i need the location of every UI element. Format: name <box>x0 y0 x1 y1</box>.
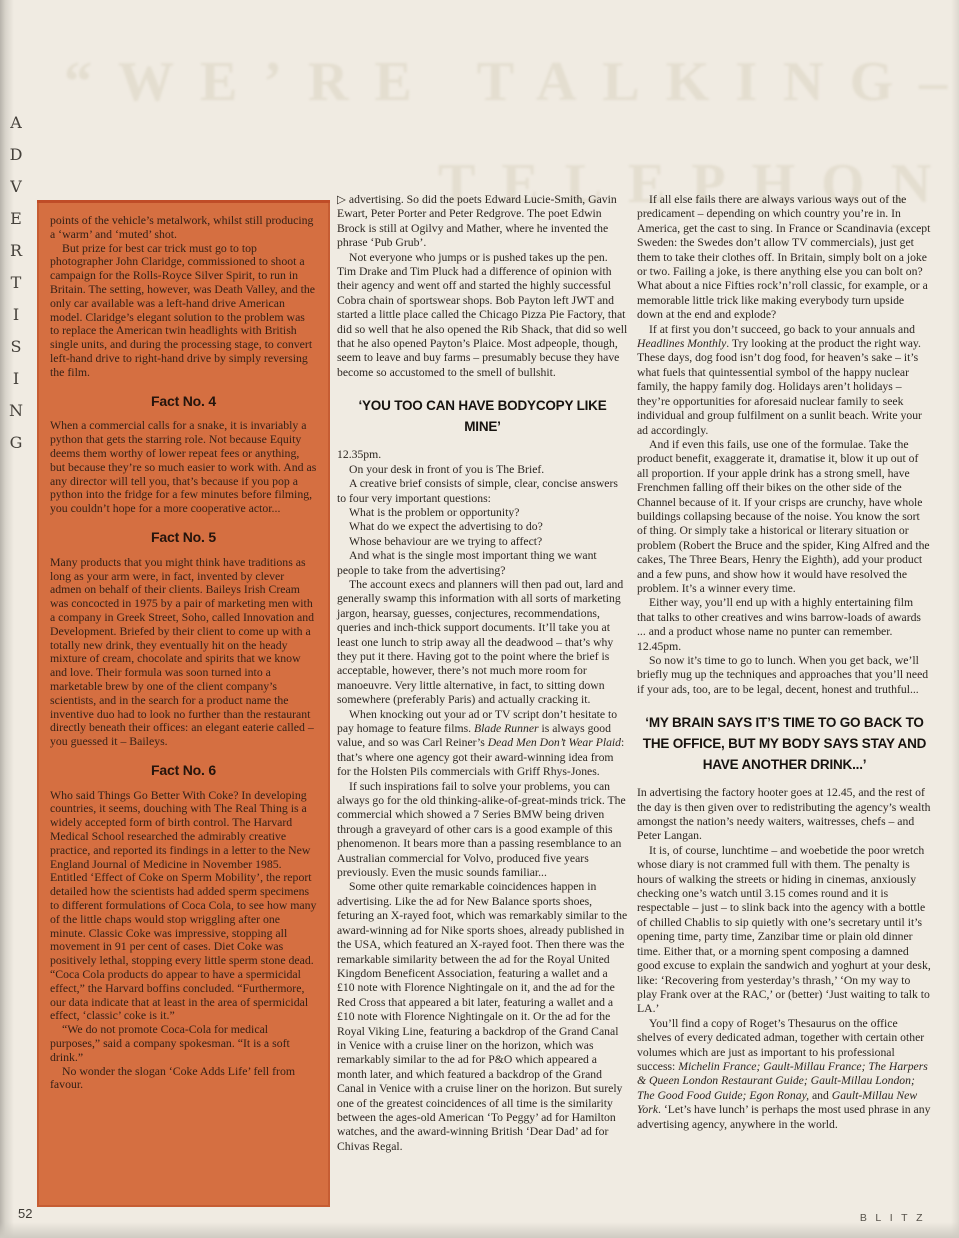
vertical-letter: N <box>9 403 23 419</box>
vertical-letter: D <box>9 147 23 163</box>
paragraph: No wonder the slogan ‘Coke Adds Life’ fe… <box>50 1065 317 1093</box>
paragraph: If at first you don’t succeed, go back t… <box>637 323 932 438</box>
vertical-letter: S <box>9 339 23 355</box>
vertical-letter: V <box>9 179 23 195</box>
paragraph: 12.35pm. <box>337 448 628 462</box>
vertical-letter: A <box>9 115 23 131</box>
vertical-letter: I <box>9 307 23 323</box>
article-column-middle: ▷ advertising. So did the poets Edward L… <box>337 193 628 1154</box>
showthrough-headline-line1: “WE’RE TALKING– <box>64 50 959 114</box>
fact-heading: Fact No. 6 <box>50 764 317 778</box>
paragraph: Not everyone who jumps or is pushed take… <box>337 251 628 381</box>
paragraph: On your desk in front of you is The Brie… <box>337 463 628 477</box>
paragraph: points of the vehicle’s metalwork, whils… <box>50 214 317 242</box>
paragraph: Either way, you’ll end up with a highly … <box>637 596 932 639</box>
paragraph: 12.45pm. <box>637 640 932 654</box>
paragraph: And what is the single most important th… <box>337 549 628 578</box>
fact-heading: Fact No. 4 <box>50 395 317 409</box>
article-column-right: If all else fails there are always vario… <box>637 193 932 1132</box>
paragraph: If all else fails there are always vario… <box>637 193 932 323</box>
paragraph: If such inspirations fail to solve your … <box>337 780 628 881</box>
paragraph: Whose behaviour are we trying to affect? <box>337 535 628 549</box>
paragraph: What is the problem or opportunity? <box>337 506 628 520</box>
magazine-page: “WE’RE TALKING– TELEPHONE ADVERTISING po… <box>0 0 959 1238</box>
vertical-letter: E <box>9 211 23 227</box>
paragraph: You’ll find a copy of Roget’s Thesaurus … <box>637 1017 932 1132</box>
crosshead: ‘MY BRAIN SAYS IT’S TIME TO GO BACK TO T… <box>641 712 928 775</box>
fact-heading: Fact No. 5 <box>50 531 317 545</box>
paragraph: Many products that you might think have … <box>50 556 317 749</box>
paragraph: A creative brief consists of simple, cle… <box>337 477 628 506</box>
paragraph: But prize for best car trick must go to … <box>50 242 317 380</box>
paragraph: It is, of course, lunchtime – and woebet… <box>637 844 932 1017</box>
paragraph: And if even this fails, use one of the f… <box>637 438 932 596</box>
paragraph: ▷ advertising. So did the poets Edward L… <box>337 193 628 251</box>
paragraph: So now it’s time to go to lunch. When yo… <box>637 654 932 697</box>
facts-panel: points of the vehicle’s metalwork, whils… <box>37 200 330 1207</box>
paragraph: When knocking out your ad or TV script d… <box>337 708 628 780</box>
paragraph: “We do not promote Coca-Cola for medical… <box>50 1023 317 1064</box>
paragraph: In advertising the factory hooter goes a… <box>637 786 932 844</box>
magazine-brand-footer: BLITZ <box>860 1212 931 1224</box>
paragraph: Who said Things Go Better With Coke? In … <box>50 789 317 1024</box>
page-number: 52 <box>18 1206 32 1221</box>
vertical-letter: T <box>9 275 23 291</box>
paragraph: The account execs and planners will then… <box>337 578 628 708</box>
crosshead: ‘YOU TOO CAN HAVE BODYCOPY LIKE MINE’ <box>341 395 624 437</box>
vertical-letter: R <box>9 243 23 259</box>
paragraph: Some other quite remarkable coincidences… <box>337 880 628 1154</box>
paragraph: When a commercial calls for a snake, it … <box>50 419 317 516</box>
section-label-advertising: ADVERTISING <box>9 115 23 451</box>
scan-edge-bottom <box>0 1222 959 1238</box>
paragraph: What do we expect the advertising to do? <box>337 520 628 534</box>
vertical-letter: I <box>9 371 23 387</box>
vertical-letter: G <box>9 435 23 451</box>
